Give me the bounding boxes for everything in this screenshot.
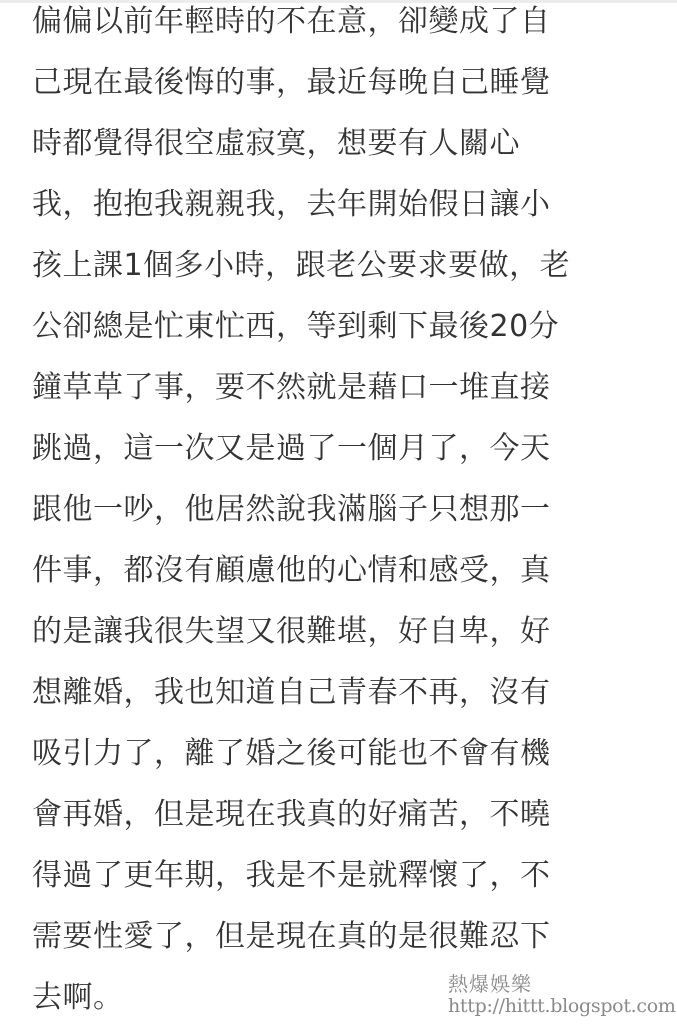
text-line: 時都覺得很空虛寂寞，想要有人關心 [32,113,662,174]
watermark-url: http://hittt.blogspot.com [448,995,676,1017]
text-line: 偏偏以前年輕時的不在意，卻變成了自 [32,0,662,52]
text-line: 孩上課1個多小時，跟老公要求要做，老 [32,235,662,296]
text-line: 想離婚，我也知道自己青春不再，沒有 [32,662,662,723]
text-line: 鐘草草了事，要不然就是藉口一堆直接 [32,357,662,418]
watermark: 熱爆娛樂 http://hittt.blogspot.com [448,973,676,1017]
text-line: 己現在最後悔的事，最近每晚自己睡覺 [32,52,662,113]
text-line: 件事，都沒有顧慮他的心情和感受，真 [32,540,662,601]
text-line: 跟他一吵，他居然說我滿腦子只想那一 [32,479,662,540]
post-body-text: 偏偏以前年輕時的不在意，卻變成了自 己現在最後悔的事，最近每晚自己睡覺 時都覺得… [32,0,662,1024]
text-line: 會再婚，但是現在我真的好痛苦，不曉 [32,784,662,845]
text-line: 吸引力了，離了婚之後可能也不會有機 [32,723,662,784]
text-line: 需要性愛了，但是現在真的是很難忍下 [32,906,662,967]
text-line: 公卻總是忙東忙西，等到剩下最後20分 [32,296,662,357]
watermark-title: 熱爆娛樂 [448,973,676,995]
text-line: 跳過，這一次又是過了一個月了，今天 [32,418,662,479]
text-line: 我，抱抱我親親我，去年開始假日讓小 [32,174,662,235]
text-line: 得過了更年期，我是不是就釋懷了，不 [32,845,662,906]
text-line: 的是讓我很失望又很難堪，好自卑，好 [32,601,662,662]
